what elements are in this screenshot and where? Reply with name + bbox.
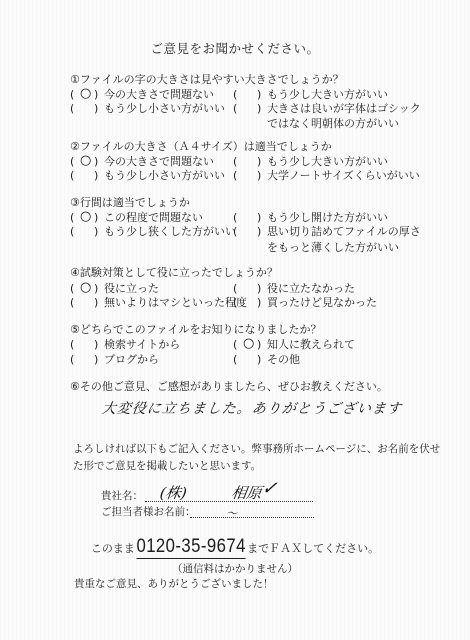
question-6: ⑥その他ご意見、ご感想がありましたら、ぜひお教えください。 [70,379,388,394]
question-number: ④ [70,266,80,279]
checkmark-icon: ✓ [261,478,279,499]
q3-option-4-cont: をもっと薄くした方がいい [267,239,399,255]
question-text: その他ご意見、ご感想がありましたら、ぜひお教えください。 [80,380,388,393]
option-label: 今の大きさで問題ない [104,88,214,101]
q4-option-4[interactable]: ()買ったけど見なかった [233,295,377,310]
q4-option-2[interactable]: ()役に立たなかった [233,281,355,296]
option-label: 知人に教えられて [267,338,355,351]
option-label: 今の大きさで問題ない [104,155,214,168]
q3-option-1[interactable]: (○)この程度で問題ない [70,210,203,225]
q5-option-3[interactable]: ()ブログから [70,352,159,367]
q2-option-2[interactable]: ()もう少し大きい方がいい [233,154,388,169]
q1-option-2[interactable]: ()もう少し大きい方がいい [233,87,388,102]
option-label: もう少し小さい方がいい [104,102,225,115]
question-text: ファイルの字の大きさは見やすい大きさでしょうか？ [80,73,344,86]
question-number: ⑥ [70,380,80,393]
fax-instruction: このまま0120-35-9674までＦＡＸしてください。 [0,536,470,559]
q5-option-1[interactable]: ()検索サイトから [70,337,180,352]
question-3: ③行間は適当でしょうか [70,195,190,210]
question-text: どちらでこのファイルをお知りになりましたか？ [80,323,322,336]
option-label: 思い切り詰めてファイルの厚さ [267,225,421,238]
q5-option-4[interactable]: ()その他 [233,352,300,367]
fax-note: （通信料はかかりません） [0,561,470,576]
question-5: ⑤どちらでこのファイルをお知りになりましたか？ [70,322,322,337]
q2-option-1[interactable]: (○)今の大きさで問題ない [70,154,214,169]
request-line-1: よろしければ以下もご記入ください。弊事務所ホームページに、お名前を伏せ [73,441,440,458]
q3-option-2[interactable]: ()もう少し開けた方がいい [233,210,388,225]
question-text: 行間は適当でしょうか [80,196,190,209]
q1-option-1[interactable]: (○)今の大きさで問題ない [70,87,214,102]
circle-mark-icon: ○ [243,336,254,351]
fax-number: 0120-35-9674 [136,536,245,559]
question-text: ファイルの大きさ（Ａ４サイズ）は適当でしょうか [80,140,332,153]
q3-option-3[interactable]: ()もう少し狭くした方がいい [70,224,236,239]
option-label: もう少し小さい方がいい [104,169,225,182]
option-label: もう少し狭くした方がいい [104,225,236,238]
q3-option-4[interactable]: ()思い切り詰めてファイルの厚さ [233,224,421,239]
option-label: 無いよりはマシといった程度 [104,296,247,309]
q4-option-1[interactable]: (○)役に立った [70,281,159,296]
option-label: 大きさは良いが字体はゴシック [267,102,421,115]
option-label: その他 [267,353,300,366]
contact-field-line[interactable] [190,517,314,518]
company-label: 貴社名： [101,488,143,503]
q1-option-4[interactable]: ()大きさは良いが字体はゴシック [233,101,421,116]
q2-option-4[interactable]: ()大学ノートサイズくらいがいい [233,168,420,183]
option-label: 買ったけど見なかった [267,296,377,309]
circle-mark-icon: ○ [80,86,91,101]
survey-title: ご意見をお聞かせください。 [0,39,470,57]
option-label: 検索サイトから [104,338,180,351]
circle-mark-icon: ○ [80,153,91,168]
fax-prefix: このまま [91,542,135,555]
fax-suffix: までＦＡＸしてください。 [247,542,379,555]
contact-label: ご担当者様お名前： [101,504,196,519]
closing-message: 貴重なご意見、ありがとうございました！ [74,576,274,591]
option-label: 役に立たなかった [267,282,355,295]
question-2: ②ファイルの大きさ（Ａ４サイズ）は適当でしょうか [70,139,332,154]
contact-handwritten: 〜 [225,505,238,521]
question-number: ⑤ [70,323,80,336]
q1-option-4-cont: ではなく明朝体の方がいい [267,115,399,131]
question-4: ④試験対策として役に立ったでしょうか？ [70,265,278,280]
option-label: ブログから [104,353,159,366]
option-label: もう少し開けた方がいい [267,211,388,224]
option-label: 役に立った [104,282,159,295]
company-handwritten: (株) 相原 [159,482,264,503]
question-number: ② [70,140,80,153]
circle-mark-icon: ○ [80,280,91,295]
question-number: ③ [70,196,80,209]
question-text: 試験対策として役に立ったでしょうか？ [80,266,278,279]
option-label: この程度で問題ない [104,211,203,224]
q4-option-3[interactable]: ()無いよりはマシといった程度 [70,295,247,310]
q5-option-2[interactable]: (○)知人に教えられて [233,337,355,352]
option-label: 大学ノートサイズくらいがいい [267,169,420,182]
q2-option-3[interactable]: ()もう少し小さい方がいい [70,168,225,183]
q1-option-3[interactable]: ()もう少し小さい方がいい [70,101,225,116]
request-line-2: た形でご意見を掲載したいと思います。 [73,458,261,475]
question-number: ① [70,73,80,86]
handwritten-comment: 大変役に立ちました。ありがとうございます [101,398,404,418]
question-1: ①ファイルの字の大きさは見やすい大きさでしょうか？ [70,72,344,87]
option-label: もう少し大きい方がいい [267,88,388,101]
circle-mark-icon: ○ [80,209,91,224]
option-label: もう少し大きい方がいい [267,155,388,168]
